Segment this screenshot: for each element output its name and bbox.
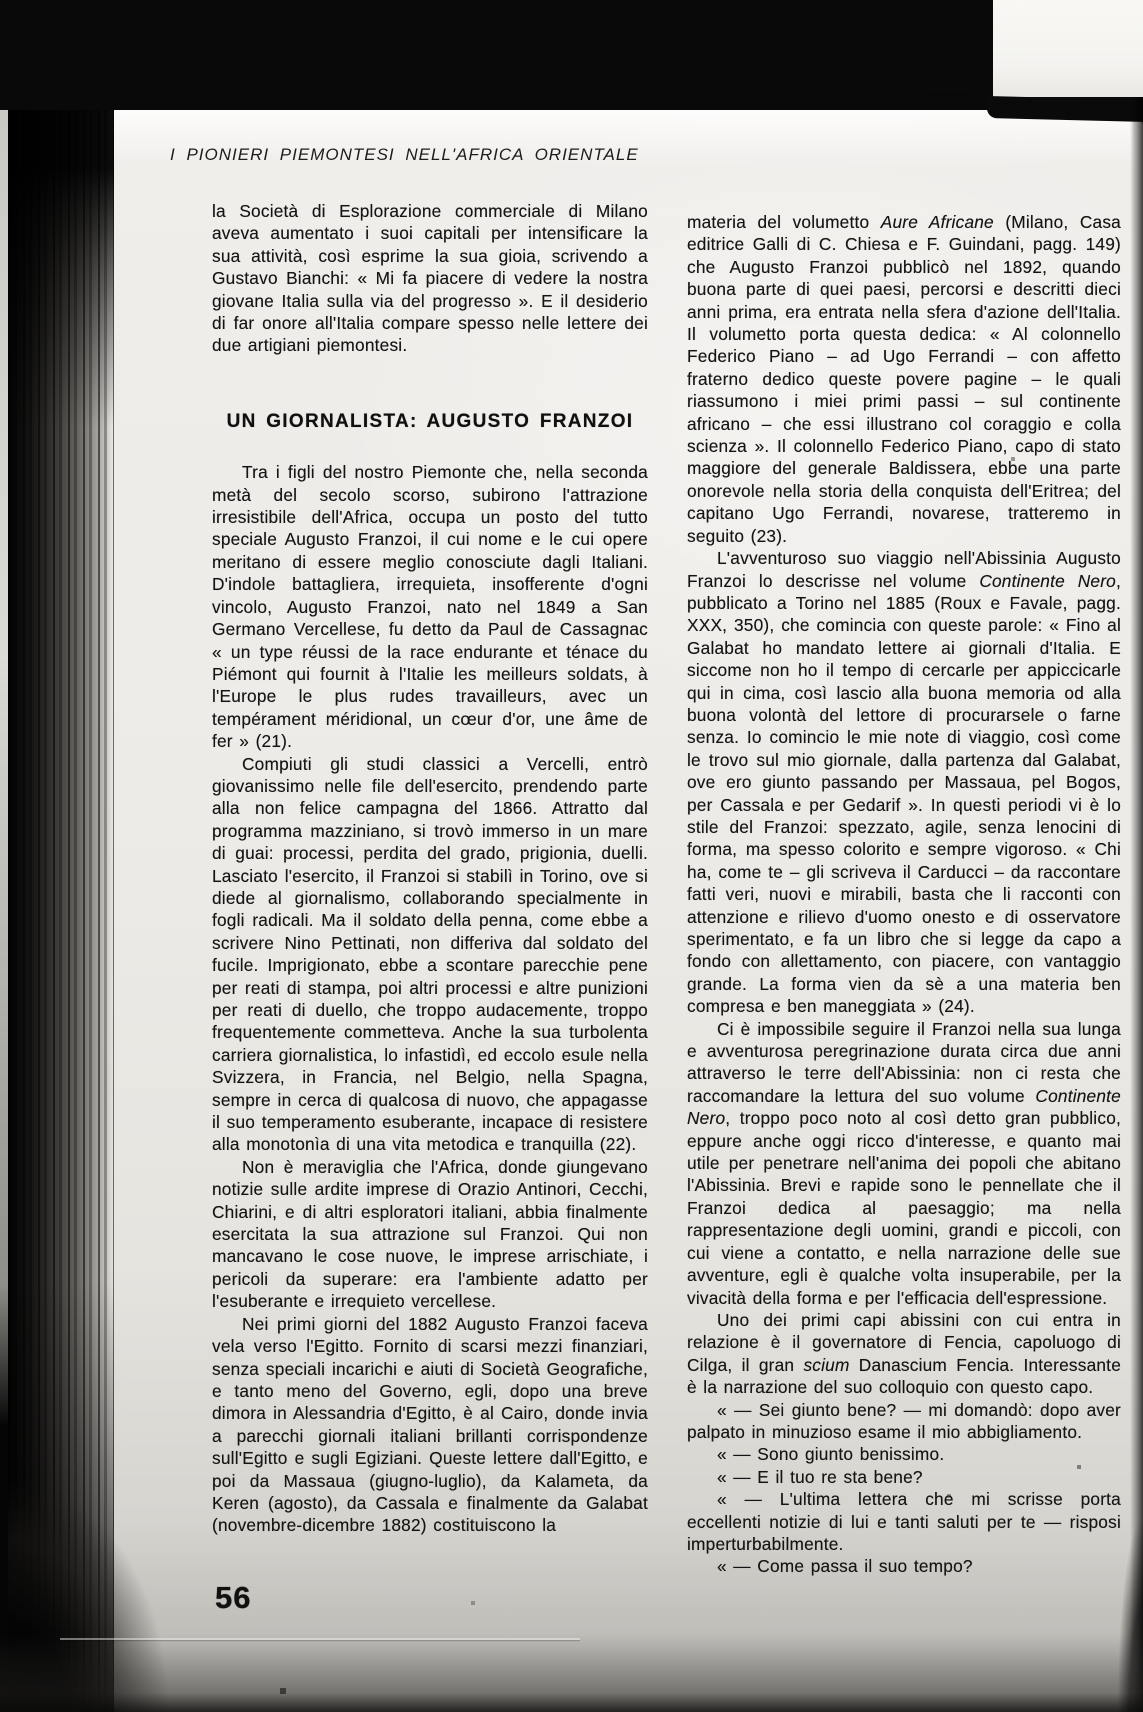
scan-top-border — [0, 0, 1143, 110]
page-bottom-shadow — [0, 1634, 1143, 1712]
scan-speckles — [0, 0, 2, 2]
left-column: la Società di Esplorazione commerciale d… — [212, 200, 648, 1537]
section-heading: UN GIORNALISTA: AUGUSTO FRANZOI — [212, 411, 648, 433]
text-run: Aure Africane — [881, 212, 994, 232]
scanned-book-page: I PIONIERI PIEMONTESI NELL'AFRICA ORIENT… — [0, 0, 1143, 1712]
text-run: « — Sono giunto benissimo. — [717, 1444, 944, 1464]
paragraph: Uno dei primi capi abissini con cui entr… — [687, 1309, 1121, 1399]
paragraph: Nei primi giorni del 1882 Augusto Franzo… — [212, 1313, 648, 1537]
paragraph: Ci è impossibile seguire il Franzoi nell… — [687, 1018, 1121, 1309]
text-run: , troppo poco noto al così detto gran pu… — [687, 1108, 1121, 1307]
paragraph: « — Sei giunto bene? — mi domandò: dopo … — [687, 1399, 1121, 1444]
text-run: Compiuti gli studi classici a Vercelli, … — [212, 754, 648, 1155]
text-run: Continente Nero — [979, 571, 1116, 591]
scan-corner-border — [987, 96, 1143, 122]
paragraph: Tra i figli del nostro Piemonte che, nel… — [212, 461, 648, 752]
running-header: I PIONIERI PIEMONTESI NELL'AFRICA ORIENT… — [170, 145, 639, 165]
right-column: materia del volumetto Aure Africane (Mil… — [687, 211, 1121, 1578]
paragraph: « — E il tuo re sta bene? — [687, 1466, 1121, 1488]
text-run: scium — [803, 1355, 849, 1375]
text-run: « — Come passa il suo tempo? — [717, 1556, 973, 1576]
scan-smudge — [918, 86, 976, 93]
text-run: la Società di Esplorazione commerciale d… — [212, 201, 648, 355]
text-run: « — L'ultima lettera che mi scrisse port… — [687, 1489, 1121, 1554]
text-run: « — E il tuo re sta bene? — [717, 1467, 923, 1487]
adjacent-page-edge — [993, 0, 1143, 97]
paragraph: Non è meraviglia che l'Africa, donde giu… — [212, 1156, 648, 1313]
paragraph: L'avventuroso suo viaggio nell'Abissinia… — [687, 547, 1121, 1018]
text-run: (Milano, Casa editrice Galli di C. Chies… — [687, 212, 1121, 546]
text-run: , pubblicato a Torino nel 1885 (Roux e F… — [687, 571, 1121, 1017]
text-run: Tra i figli del nostro Piemonte che, nel… — [212, 462, 648, 751]
paragraph: « — Sono giunto benissimo. — [687, 1443, 1121, 1465]
text-run: Non è meraviglia che l'Africa, donde giu… — [212, 1157, 648, 1311]
paragraph: la Società di Esplorazione commerciale d… — [212, 200, 648, 357]
paragraph: materia del volumetto Aure Africane (Mil… — [687, 211, 1121, 547]
paragraph: « — L'ultima lettera che mi scrisse port… — [687, 1488, 1121, 1555]
text-run: materia del volumetto — [687, 212, 881, 232]
paragraph: « — Come passa il suo tempo? — [687, 1555, 1121, 1577]
paragraph: Compiuti gli studi classici a Vercelli, … — [212, 753, 648, 1156]
text-run: UN GIORNALISTA: AUGUSTO FRANZOI — [227, 411, 634, 432]
text-run: Nei primi giorni del 1882 Augusto Franzo… — [212, 1314, 648, 1536]
text-run: « — Sei giunto bene? — mi domandò: dopo … — [687, 1400, 1121, 1442]
page-number: 56 — [215, 1580, 251, 1616]
